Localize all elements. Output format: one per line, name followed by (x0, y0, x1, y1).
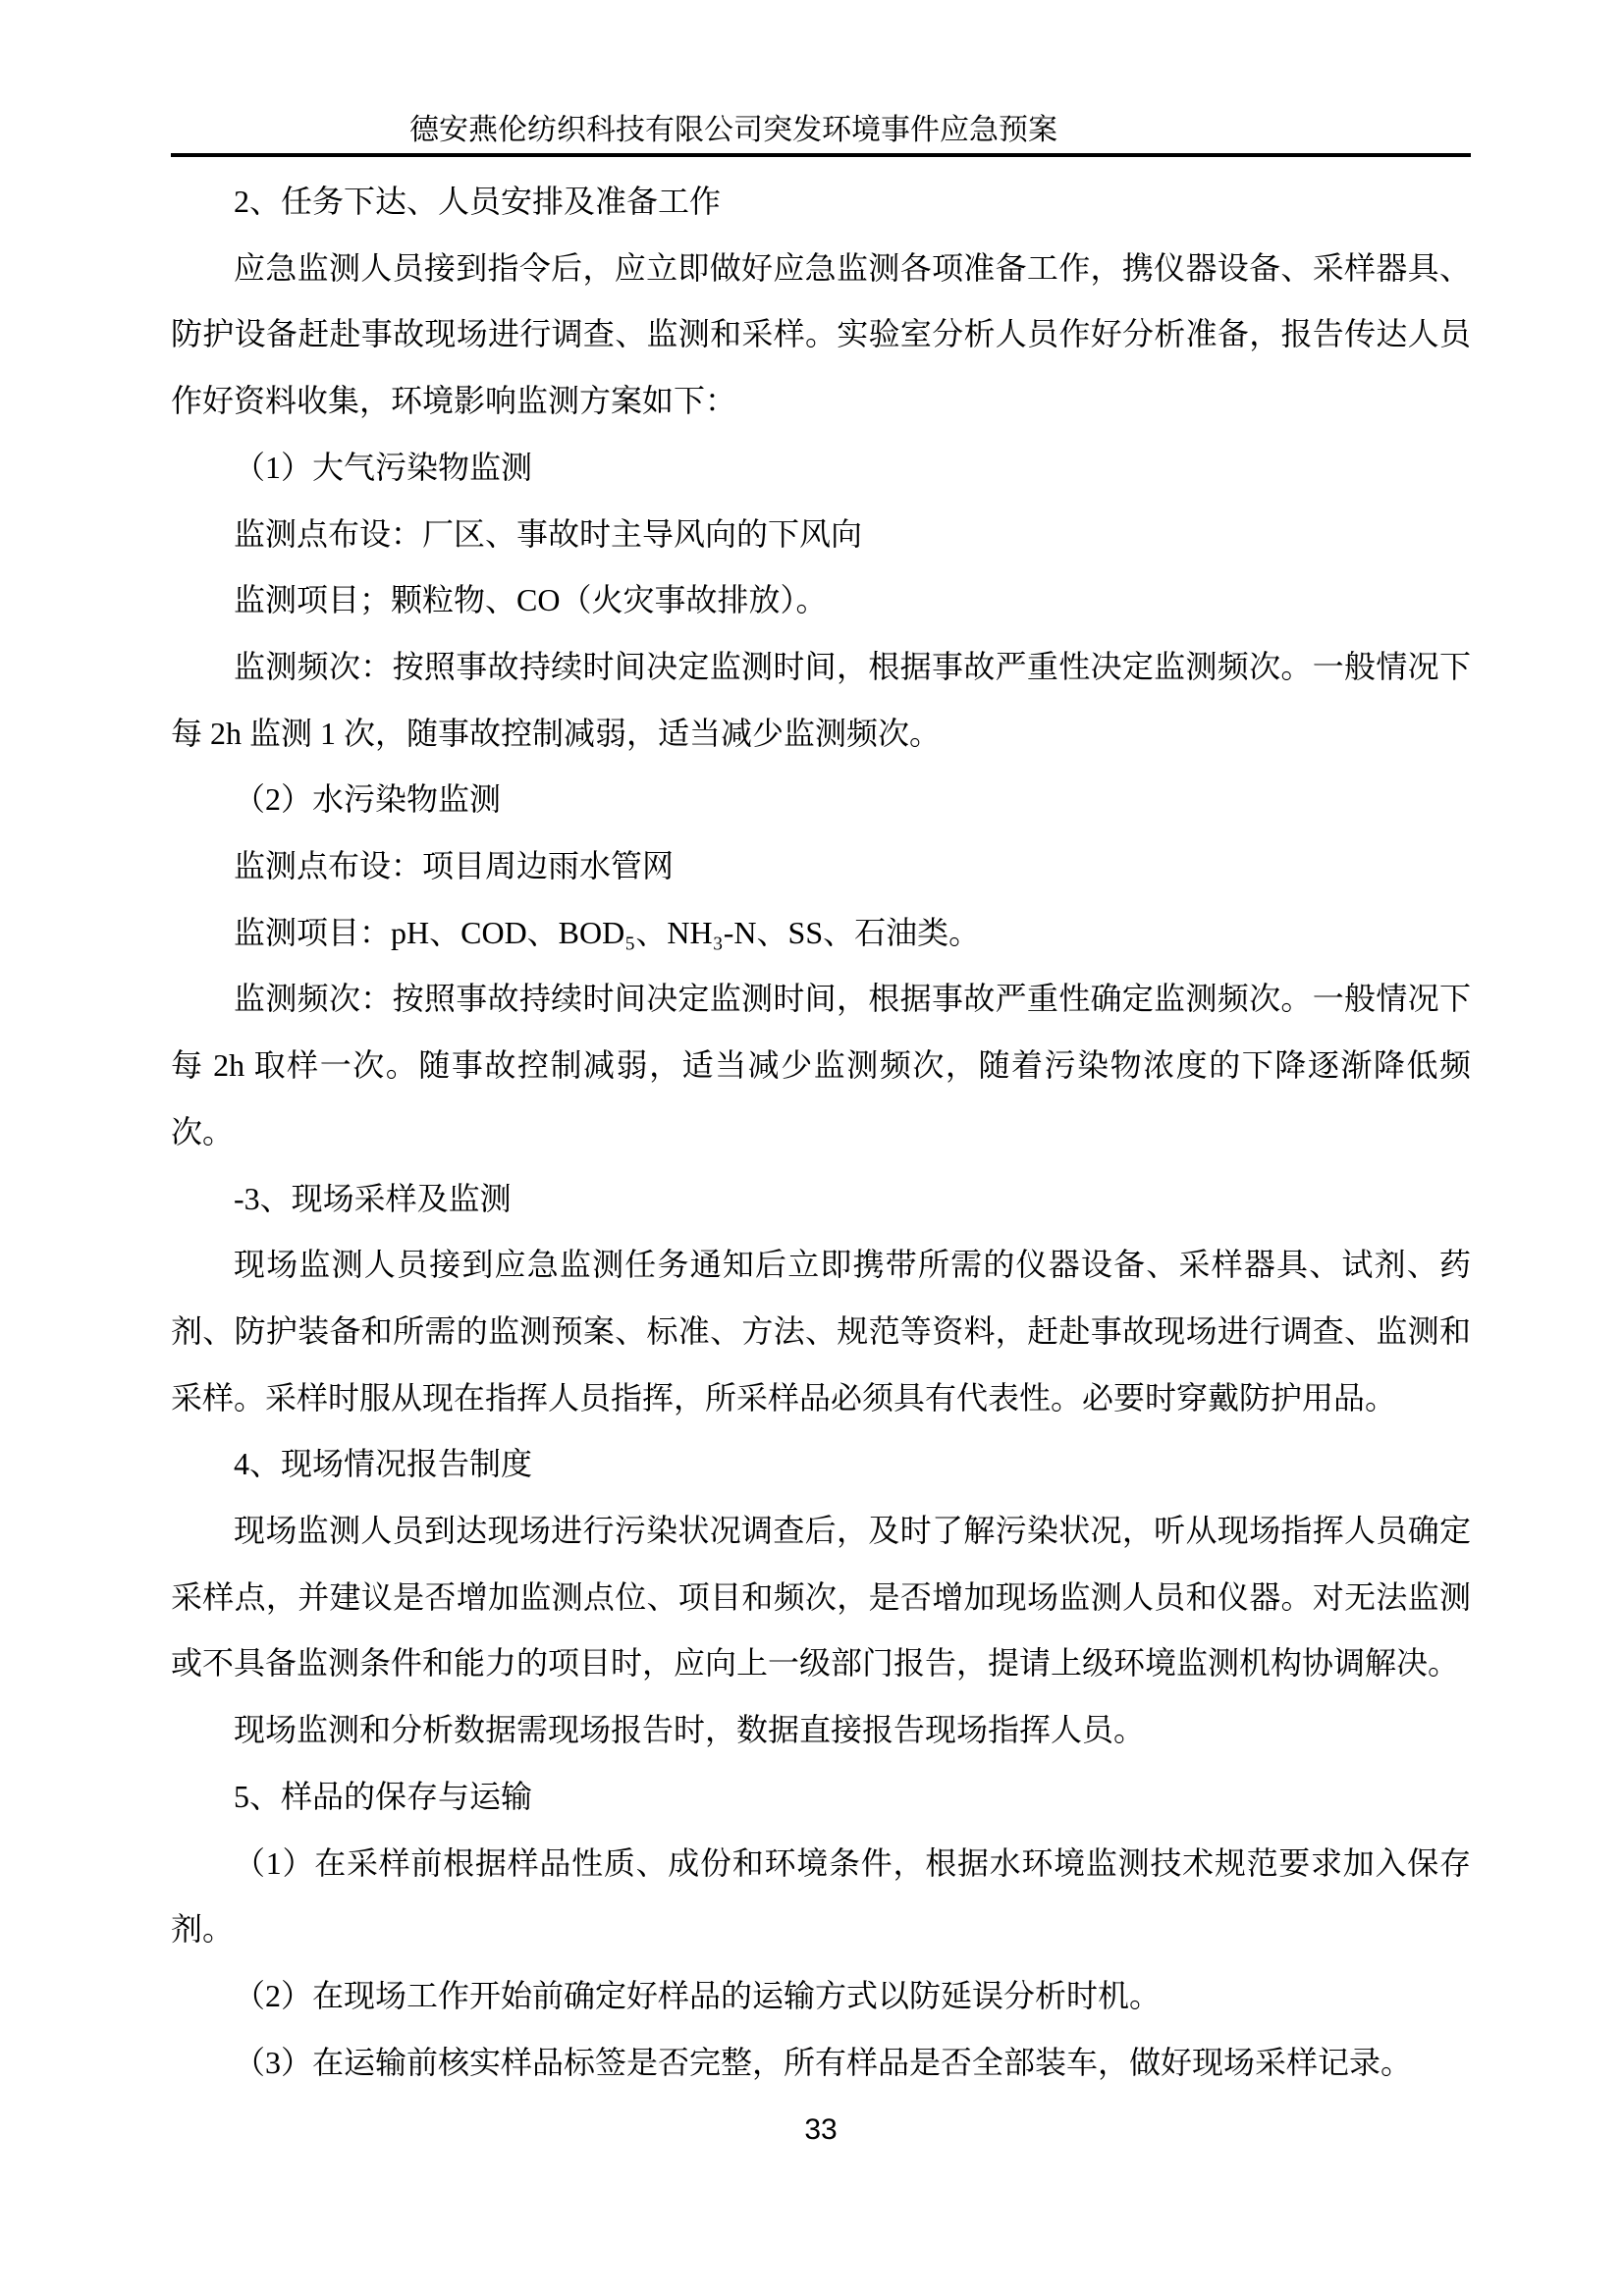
paragraph: 监测项目：pH、COD、BOD₅、NH₃-N、SS、石油类。 (171, 900, 1471, 967)
page-content: 德安燕伦纺织科技有限公司突发环境事件应急预案 2、任务下达、人员安排及准备工作 … (171, 0, 1471, 2096)
page-number: 33 (804, 2113, 837, 2146)
section-heading: 2、任务下达、人员安排及准备工作 (171, 169, 1471, 236)
paragraph: 应急监测人员接到指令后，应立即做好应急监测各项准备工作，携仪器设备、采样器具、防… (171, 236, 1471, 435)
header-title: 德安燕伦纺织科技有限公司突发环境事件应急预案 (83, 0, 1383, 153)
paragraph: 监测点布设：项目周边雨水管网 (171, 833, 1471, 900)
page-header: 德安燕伦纺织科技有限公司突发环境事件应急预案 (171, 0, 1471, 157)
header-rule (171, 153, 1471, 157)
paragraph: （1）在采样前根据样品性质、成份和环境条件，根据水环境监测技术规范要求加入保存剂… (171, 1831, 1471, 1963)
paragraph: （1）大气污染物监测 (171, 435, 1471, 502)
page-footer: 33 (171, 2110, 1471, 2150)
paragraph: 监测点布设：厂区、事故时主导风向的下风向 (171, 502, 1471, 568)
paragraph: 监测项目；颗粒物、CO（火灾事故排放）。 (171, 567, 1471, 634)
document-body: 2、任务下达、人员安排及准备工作 应急监测人员接到指令后，应立即做好应急监测各项… (171, 169, 1471, 2096)
paragraph: 监测频次：按照事故持续时间决定监测时间，根据事故严重性确定监测频次。一般情况下每… (171, 966, 1471, 1165)
section-heading: 5、样品的保存与运输 (171, 1764, 1471, 1831)
paragraph: 监测频次：按照事故持续时间决定监测时间，根据事故严重性决定监测频次。一般情况下每… (171, 634, 1471, 767)
section-heading: -3、现场采样及监测 (171, 1166, 1471, 1233)
paragraph: （2）在现场工作开始前确定好样品的运输方式以防延误分析时机。 (171, 1963, 1471, 2030)
section-heading: 4、现场情况报告制度 (171, 1431, 1471, 1498)
paragraph: （2）水污染物监测 (171, 767, 1471, 833)
paragraph: 现场监测人员到达现场进行污染状况调查后，及时了解污染状况，听从现场指挥人员确定采… (171, 1498, 1471, 1697)
paragraph: 现场监测人员接到应急监测任务通知后立即携带所需的仪器设备、采样器具、试剂、药剂、… (171, 1232, 1471, 1431)
paragraph: （3）在运输前核实样品标签是否完整，所有样品是否全部装车，做好现场采样记录。 (171, 2030, 1471, 2097)
document-page: 德安燕伦纺织科技有限公司突发环境事件应急预案 2、任务下达、人员安排及准备工作 … (0, 0, 1624, 2296)
paragraph: 现场监测和分析数据需现场报告时，数据直接报告现场指挥人员。 (171, 1697, 1471, 1764)
